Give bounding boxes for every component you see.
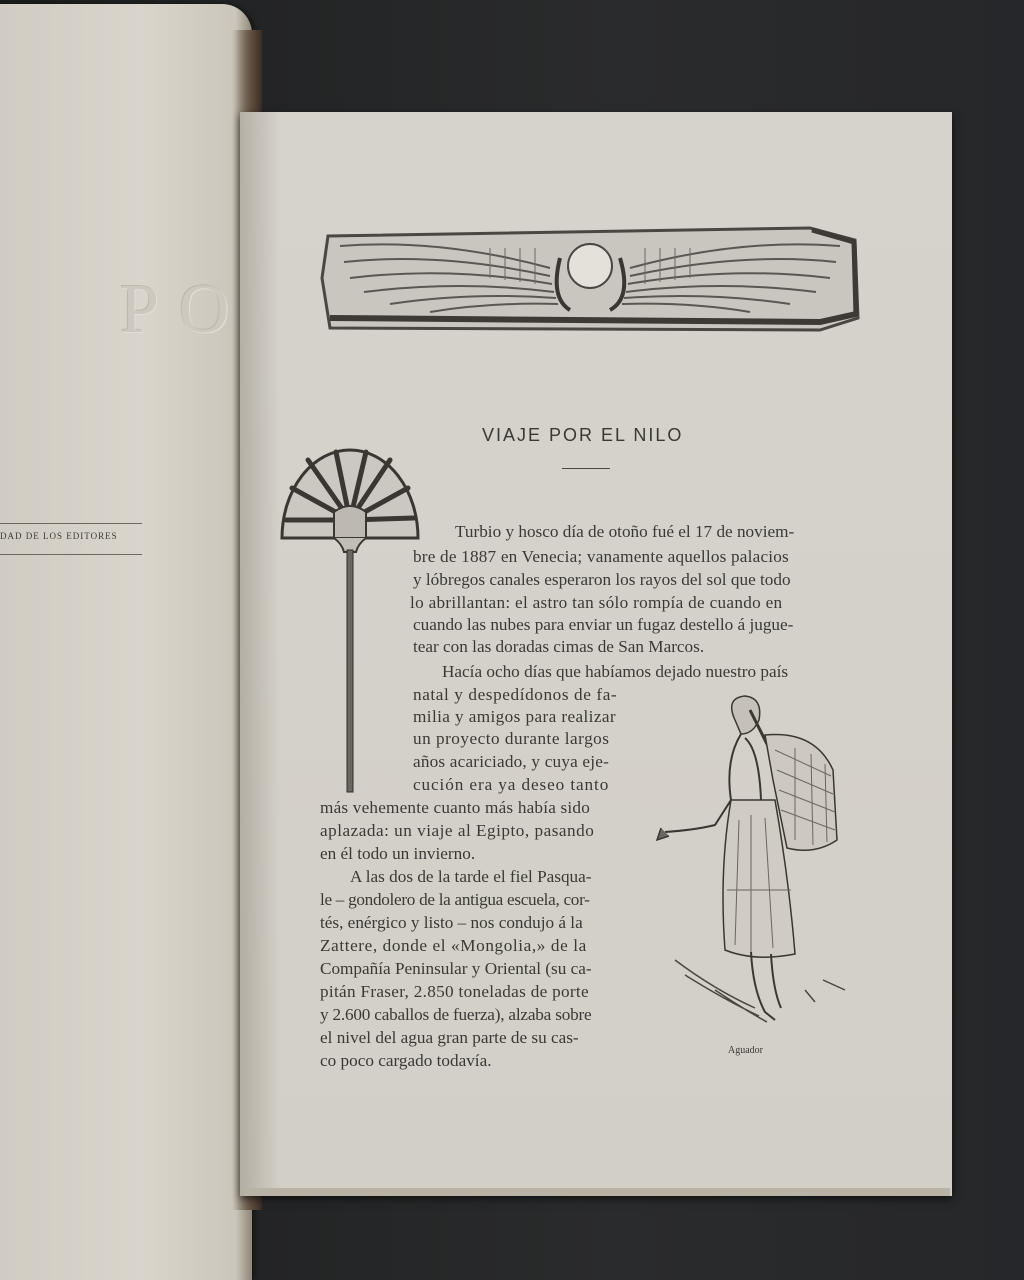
text-line: Hacía ocho días que habíamos dejado nues…: [442, 661, 788, 683]
text-line: cuando las nubes para enviar un fugaz de…: [413, 614, 793, 636]
text-line: Zattere, donde el «Mongolia,» de la: [320, 935, 587, 957]
text-line: aplazada: un viaje al Egipto, pasando: [320, 820, 594, 842]
text-line: Turbio y hosco día de otoño fué el 17 de…: [455, 521, 794, 543]
text-line: A las dos de la tarde el fiel Pasqua-: [350, 866, 592, 888]
text-line: natal y despedídonos de fa-: [413, 684, 617, 706]
text-line: tés, enérgico y listo – nos condujo á la: [320, 912, 583, 934]
winged-sun-disk-icon: [320, 218, 860, 334]
text-line: en él todo un invierno.: [320, 843, 475, 865]
text-line: lo abrillantan: el astro tan sólo rompía…: [410, 592, 782, 614]
flabellum-fan-icon: [278, 440, 422, 796]
text-line: el nivel del agua gran parte de su cas-: [320, 1027, 579, 1049]
figure-caption: Aguador: [728, 1045, 763, 1056]
text-line: un proyecto durante largos: [413, 728, 609, 750]
chapter-title: VIAJE POR EL NILO: [482, 425, 683, 446]
imprint-rule-top: [0, 523, 142, 524]
page-edge: [244, 1188, 950, 1196]
text-line: bre de 1887 en Venecia; vanamente aquell…: [413, 546, 789, 568]
text-line: más vehemente cuanto más había sido: [320, 797, 590, 819]
text-line: años acariciado, y cuya eje-: [413, 751, 609, 773]
text-line: tear con las doradas cimas de San Marcos…: [413, 636, 704, 658]
publisher-imprint: DAD DE LOS EDITORES: [0, 531, 118, 541]
text-line: milia y amigos para realizar: [413, 706, 616, 728]
water-carrier-illustration-icon: [655, 690, 850, 1035]
text-line: le – gondolero de la antigua escuela, co…: [320, 889, 590, 911]
title-rule: [562, 468, 610, 469]
text-line: pitán Fraser, 2.850 toneladas de porte: [320, 981, 589, 1003]
text-line: y 2.600 caballos de fuerza), alzaba sobr…: [320, 1004, 591, 1026]
text-line: Compañía Peninsular y Oriental (su ca-: [320, 958, 592, 980]
embossed-title: PO: [120, 270, 249, 350]
left-page: [0, 4, 252, 1280]
text-line: co poco cargado todavía.: [320, 1050, 492, 1072]
text-line: cución era ya deseo tanto: [413, 774, 609, 796]
text-line: y lóbregos canales esperaron los rayos d…: [413, 569, 791, 591]
imprint-rule-bottom: [0, 554, 142, 555]
